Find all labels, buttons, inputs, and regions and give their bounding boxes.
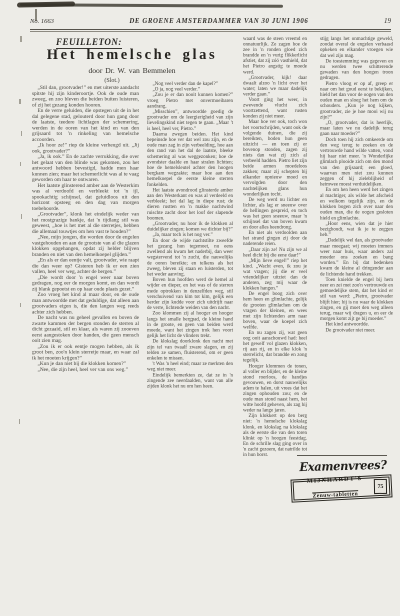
text-column-4: stijg langs het onmachtige geweld, zooda… bbox=[320, 36, 393, 453]
paragraph: Maar hoe ver ook, toch won het voortschr… bbox=[243, 119, 307, 197]
text-column-2: „Nog veel verder dan de kapel?”„O ja, no… bbox=[147, 81, 233, 502]
paragraph: „Nee, die zijn heel, heel ver van ons we… bbox=[32, 367, 139, 373]
paragraph: En de verre geluiden, die opstegen uit d… bbox=[32, 108, 139, 143]
paragraph: Daarna zwegen beiden. Het kind bepeinsde… bbox=[147, 131, 233, 187]
paragraph: „Stil dan, grootvader!” en met uiterste … bbox=[32, 85, 139, 108]
page-edge-mark bbox=[21, 214, 22, 219]
paragraph: „Misschien”, antwoordde goedig de grootv… bbox=[147, 109, 233, 131]
article-title: Het hemelsche glas bbox=[32, 47, 232, 64]
ad-headline: Examenvrees? bbox=[293, 458, 392, 475]
paragraph: De nacht was nu geheel gevallen en boven… bbox=[32, 315, 139, 344]
paragraph: De grootvader niet meer. bbox=[320, 327, 393, 333]
paragraph: Pietro vloog er op af, greep er naar om … bbox=[320, 81, 393, 120]
ad-price-badge: 75 bbox=[374, 479, 387, 494]
paragraph: Het laatste avondrood glinsterde amber a… bbox=[147, 187, 233, 221]
paragraph: „Grootvader, kijk! daar dwaalt alzoo 'n … bbox=[243, 75, 307, 97]
paragraph: De engel boog zich over hem heen en glim… bbox=[243, 291, 307, 330]
page-header: No. 1663 DE GROENE AMSTERDAMMER VAN 30 J… bbox=[30, 17, 391, 25]
paragraph: Boven hun hoofden werd de hemel al wijde… bbox=[147, 277, 233, 311]
paragraph: Doch toen hij zich omkeerde om den weg t… bbox=[320, 137, 393, 187]
page-edge-mark bbox=[20, 303, 21, 307]
paragraph: „Kun je dan niet bij die klokken komen?” bbox=[32, 361, 139, 367]
ink-smudge bbox=[17, 1, 75, 7]
ad-brand: MIJNHARDT'S bbox=[295, 474, 373, 485]
ad-banner: MIJNHARDT'S Zenuw-tabletten 75 bbox=[293, 476, 391, 500]
paragraph: „Daar zijn ze! Nu zijn we al heel dicht … bbox=[243, 247, 307, 258]
page-edge-mark bbox=[21, 131, 22, 136]
paragraph: „Dadelijk wel dan, als grootvader maar m… bbox=[320, 238, 393, 277]
paragraph: „Nee, mijn jongen, die worden door de en… bbox=[32, 235, 139, 258]
paragraph: Toen knielde de engel bij hem neer en ze… bbox=[320, 277, 393, 322]
paragraph: Het laatste glinsterend amber aan de Wes… bbox=[32, 183, 139, 212]
paragraph: Hooger klommen de tonen, al voller en bl… bbox=[243, 363, 307, 413]
paragraph: waard was de steen vreemd en onnatuurlij… bbox=[243, 36, 307, 75]
paragraph: „Grootvader”, klonk het eindelijk weder … bbox=[32, 212, 139, 235]
paragraph: „Ik hoor ze!” riep de kleine verheugd ui… bbox=[32, 143, 139, 155]
paragraph: De klokslag doorklonk den nacht met zijn… bbox=[147, 339, 233, 361]
paragraph: Zoo klommen zij al hooger en hooger lang… bbox=[147, 311, 233, 339]
paragraph: „Zou je er dan nooit kunnen komen?” vroe… bbox=[147, 92, 233, 109]
page-number: 19 bbox=[384, 17, 391, 25]
paragraph: En niet als verdoolden aan het strand gi… bbox=[243, 230, 307, 247]
paragraph: „En als er dan eentje valt, grootvader, … bbox=[32, 258, 139, 275]
newspaper-page: No. 1663 DE GROENE AMSTERDAMMER VAN 30 J… bbox=[0, 0, 400, 616]
text-column-1: „Stil dan, grootvader!” en met uiterste … bbox=[32, 85, 139, 499]
article-byline: door Dr. W. van Bemmelen bbox=[32, 66, 232, 75]
paragraph: En nu zagen zij, wat geen oog ooit aansc… bbox=[243, 330, 307, 363]
masthead: DE GROENE AMSTERDAMMER VAN 30 JUNI 1906 bbox=[129, 18, 308, 25]
paragraph: „Mijn lieve engel!” riep het kind. „Wach… bbox=[243, 258, 307, 291]
paragraph: En door de wijde nachtstilte zweefde het… bbox=[147, 238, 233, 277]
page-edge-mark bbox=[20, 36, 22, 42]
paragraph: 't Was 'n heel eind; maar ze merkten den… bbox=[147, 361, 233, 372]
paragraph: „Ja, ik ook.” En de zachte verrukking, d… bbox=[32, 154, 139, 183]
paragraph: Zoo vroeg het kind al maar door, en de o… bbox=[32, 292, 139, 315]
paragraph: En om hen heen werd het zingen al machti… bbox=[320, 187, 393, 221]
paragraph: Zijn klokkert op den berg niet: 'n hemel… bbox=[243, 413, 307, 457]
issue-number: No. 1663 bbox=[30, 18, 54, 25]
paragraph: De toestemming was gegeven en nu werden … bbox=[320, 58, 393, 80]
page-edge-mark bbox=[19, 419, 20, 424]
page-edge-mark bbox=[20, 162, 21, 166]
text-column-3: waard was de steen vreemd en onnatuurlij… bbox=[243, 36, 307, 513]
header-rule bbox=[30, 29, 391, 30]
paragraph: stijg langs het onmachtige geweld, zooda… bbox=[320, 36, 393, 58]
ad-text: MIJNHARDT'S Zenuw-tabletten bbox=[295, 474, 374, 503]
ad-product: Zenuw-tabletten bbox=[312, 490, 358, 500]
ad-divider bbox=[297, 455, 387, 456]
paragraph: „O, grootvader, dat is heerlijk, maar la… bbox=[320, 120, 393, 137]
slot-marker: (Slot.) bbox=[86, 78, 138, 84]
header-rule-thin bbox=[30, 31, 391, 32]
paragraph: Eindelijk bemerkten ze, dat ze in 'n zin… bbox=[147, 372, 233, 389]
paragraph: „Grootvader, nu hoor ik de klokken al du… bbox=[147, 221, 233, 232]
paragraph: „Hoor eens, wien dat je hier bezighoudt,… bbox=[320, 221, 393, 238]
paragraph: Voort ging het weer, in zwevende vlucht … bbox=[243, 97, 307, 119]
paragraph: „Die wordt door 'n engel weer naar boven… bbox=[32, 275, 139, 292]
paragraph: „Zou ik er ook eentje mogen hebben, als … bbox=[32, 344, 139, 361]
paragraph: De weg werd nu lichter en lichter, als l… bbox=[243, 197, 307, 230]
page-edge-mark bbox=[19, 99, 21, 104]
